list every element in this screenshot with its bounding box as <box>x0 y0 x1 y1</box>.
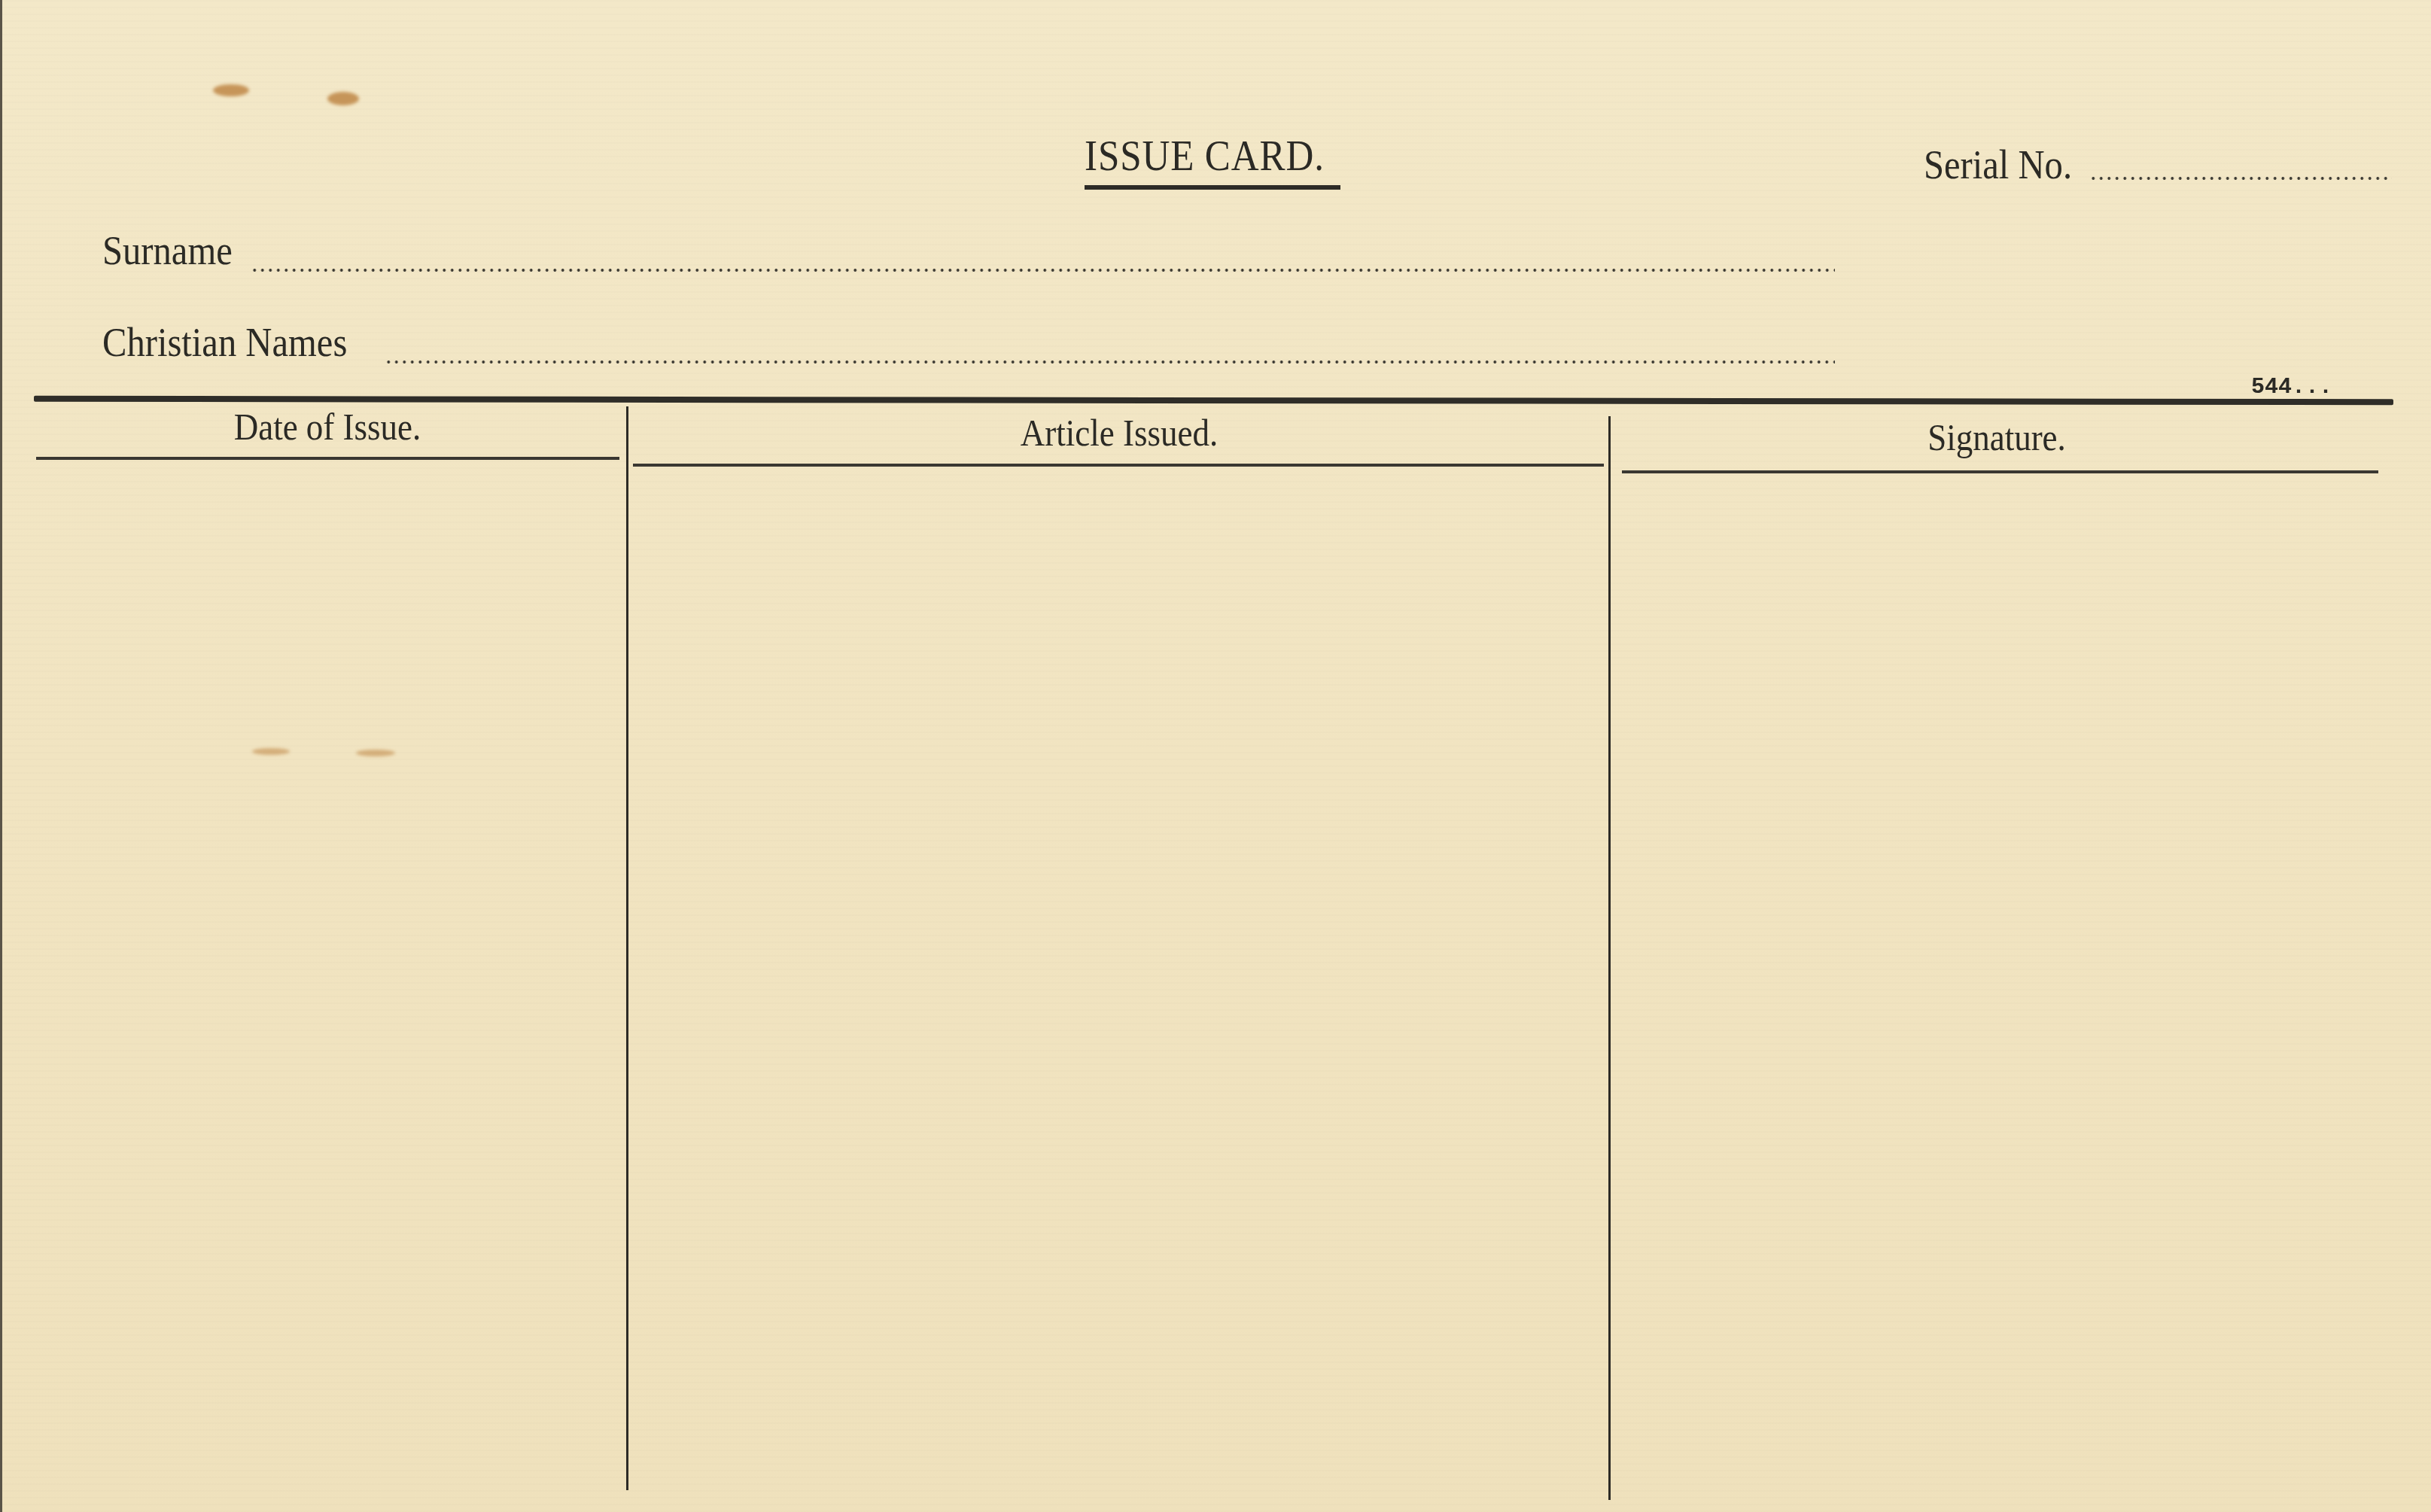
issue-card: ISSUE CARD. Serial No. Surname Christian… <box>0 0 2431 1512</box>
column-underline <box>633 464 1604 467</box>
signature-column[interactable] <box>1613 476 2388 1507</box>
article-issued-column[interactable] <box>631 470 1606 1501</box>
serial-number-label: Serial No. <box>1924 145 2072 185</box>
column-divider <box>1608 416 1611 1500</box>
column-underline <box>36 457 619 460</box>
rust-stain <box>213 84 249 96</box>
surname-label: Surname <box>102 230 233 271</box>
title-underline <box>1085 185 1340 190</box>
column-header-article-issued: Article Issued. <box>680 414 1558 452</box>
column-underline <box>1622 470 2378 473</box>
date-of-issue-column[interactable] <box>36 467 623 1498</box>
header-divider <box>34 396 2393 405</box>
serial-number-field[interactable] <box>2089 176 2392 181</box>
christian-names-field[interactable] <box>385 360 1835 364</box>
card-title: ISSUE CARD. <box>1085 134 1325 178</box>
christian-names-label: Christian Names <box>102 322 347 363</box>
form-number: 544... <box>2251 375 2332 400</box>
column-header-date-of-issue: Date of Issue. <box>63 408 592 446</box>
rust-stain <box>327 92 359 105</box>
surname-field[interactable] <box>251 268 1835 272</box>
column-header-signature: Signature. <box>1655 418 2339 456</box>
column-divider <box>626 406 628 1490</box>
